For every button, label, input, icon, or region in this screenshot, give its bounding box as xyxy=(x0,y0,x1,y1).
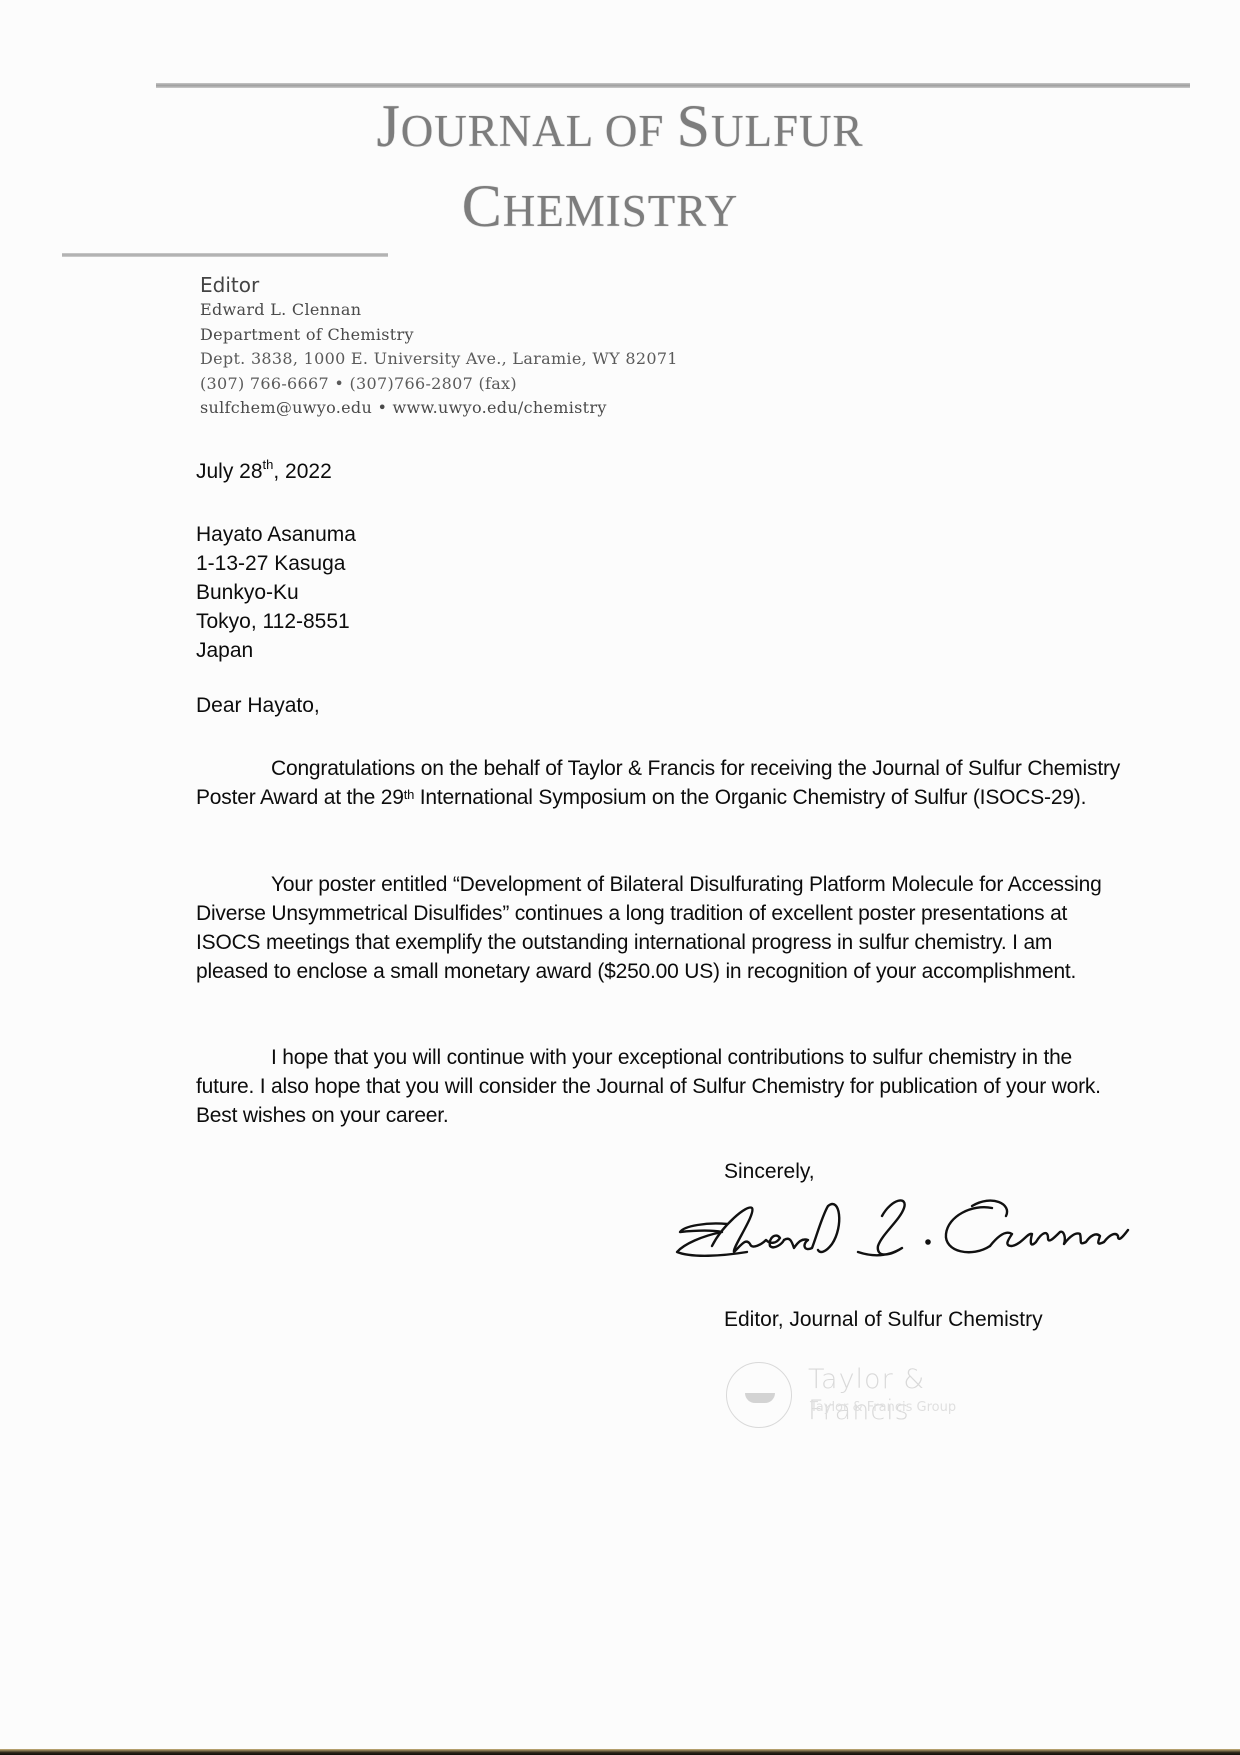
address: Dept. 3838, 1000 E. University Ave., Lar… xyxy=(200,347,678,372)
ship-in-circle-icon xyxy=(726,1362,792,1428)
masthead-text: HEMISTRY xyxy=(503,186,739,236)
editor-name: Edward L. Clennan xyxy=(200,298,678,323)
masthead-top-rule xyxy=(156,83,1190,88)
signer-title: Editor, Journal of Sulfur Chemistry xyxy=(724,1308,1043,1332)
masthead-initial: J xyxy=(376,93,400,159)
recipient-name: Hayato Asanuma xyxy=(196,520,356,549)
publisher-name: Taylor & Francis xyxy=(808,1364,1026,1426)
masthead-text: OURNAL OF xyxy=(401,106,677,156)
publisher-group: Taylor & Francis Group xyxy=(810,1400,956,1415)
paragraph-closing-wishes: I hope that you will continue with your … xyxy=(196,1043,1126,1130)
letterhead: Editor Edward L. Clennan Department of C… xyxy=(200,272,678,421)
recipient-city: Tokyo, 112-8551 xyxy=(196,607,356,636)
masthead-initial: S xyxy=(677,93,711,159)
date-month-day: July 28 xyxy=(196,460,263,483)
masthead-line-2: CHEMISTRY xyxy=(0,172,1220,241)
ship-icon xyxy=(745,1393,775,1403)
paragraph-text: International Symposium on the Organic C… xyxy=(414,786,1086,809)
recipient-street: 1-13-27 Kasuga xyxy=(196,549,356,578)
paragraph-congratulations: Congratulations on the behalf of Taylor … xyxy=(196,754,1126,812)
date-year: , 2022 xyxy=(273,460,331,483)
paragraph-poster: Your poster entitled “Development of Bil… xyxy=(196,870,1126,986)
phone-fax: (307) 766-6667 • (307)766-2807 (fax) xyxy=(200,372,678,397)
publisher-logo: Taylor & Francis Taylor & Francis Group xyxy=(726,1360,1026,1430)
recipient-country: Japan xyxy=(196,636,356,665)
closing: Sincerely, xyxy=(724,1160,815,1184)
letterhead-title: Editor xyxy=(200,272,678,298)
scan-bottom-edge xyxy=(0,1749,1240,1755)
date-ordinal: th xyxy=(263,457,274,472)
contact-email-web: sulfchem@uwyo.edu • www.uwyo.edu/chemist… xyxy=(200,396,678,421)
recipient-ward: Bunkyo-Ku xyxy=(196,578,356,607)
ordinal-suffix: th xyxy=(404,787,414,802)
department: Department of Chemistry xyxy=(200,323,678,348)
recipient-address: Hayato Asanuma 1-13-27 Kasuga Bunkyo-Ku … xyxy=(196,520,356,665)
masthead-text: ULFUR xyxy=(711,106,864,156)
salutation: Dear Hayato, xyxy=(196,694,320,718)
masthead-initial: C xyxy=(462,173,503,239)
signature-icon xyxy=(672,1186,1142,1276)
letter-date: July 28th, 2022 xyxy=(196,460,332,484)
masthead-line-1: JOURNAL OF SULFUR xyxy=(0,92,1240,161)
masthead-left-rule xyxy=(62,253,388,257)
